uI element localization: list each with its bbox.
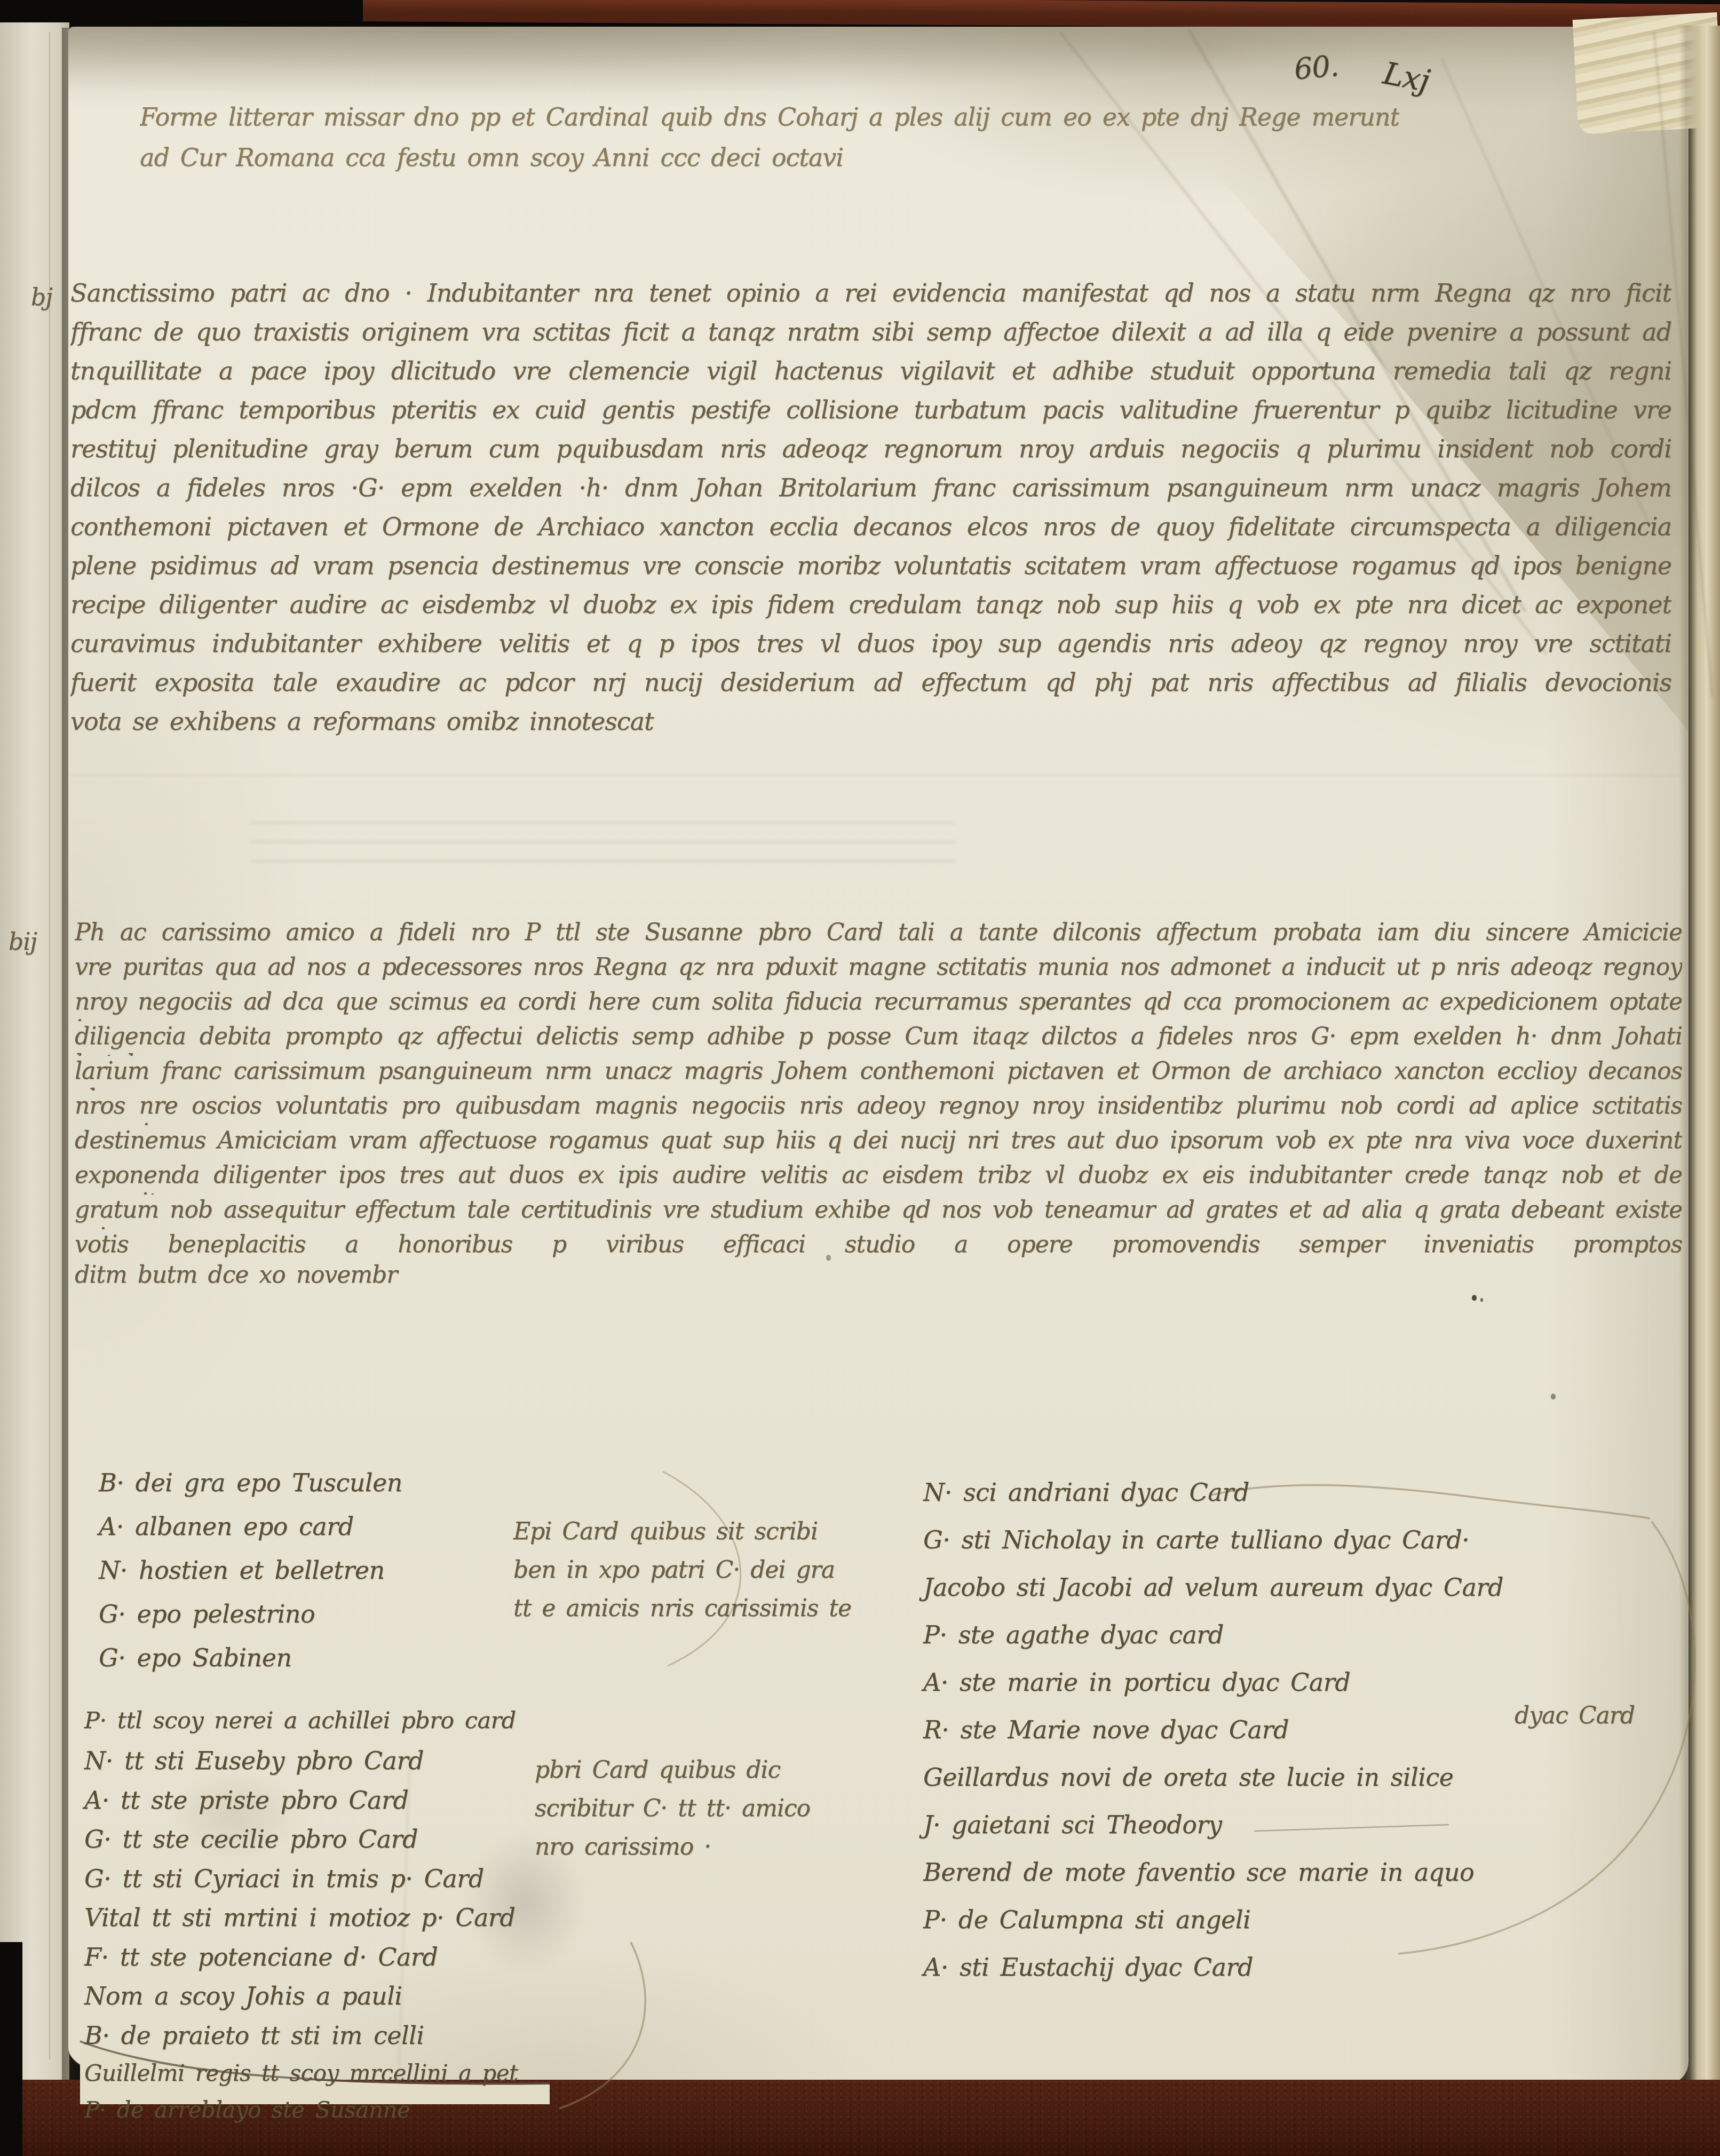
deacon-list-item: Geillardus novi de oreta ste lucie in si… bbox=[923, 1763, 1453, 1792]
bishop-list-item: G· epo Sabinen bbox=[99, 1643, 292, 1672]
priest-list-item: B· de praieto tt sti im celli bbox=[84, 2021, 424, 2050]
bishop-list-item: N· hostien et belletren bbox=[99, 1556, 385, 1585]
letter2-line: gratum nob assequitur effectum tale cert… bbox=[75, 1196, 1682, 1229]
priest-list-item: G· tt sti Cyriaci in tmis p· Card bbox=[84, 1864, 484, 1893]
note-priests-line: scribitur C· tt tt· amico bbox=[535, 1795, 810, 1822]
note-bishops-line: Epi Card quibus sit scribi bbox=[513, 1518, 818, 1545]
letter2-line: vre puritas qua ad nos a pdecessores nro… bbox=[75, 953, 1682, 986]
letter1-line: plene psidimus ad vram psencia destinemu… bbox=[70, 551, 1671, 584]
letter2-line: exponenda diligenter ipos tres aut duos … bbox=[75, 1161, 1682, 1195]
priest-list-item: G· tt ste cecilie pbro Card bbox=[84, 1825, 418, 1853]
letter1-line: ffranc de quo traxistis originem vra sct… bbox=[70, 317, 1671, 351]
deacon-list-item: J· gaietani sci Theodory bbox=[923, 1810, 1222, 1839]
priest-list-item: Guillelmi regis tt scoy mrcellini a pet bbox=[84, 2060, 518, 2086]
deacon-list-item: Berend de mote faventio sce marie in aqu… bbox=[923, 1858, 1474, 1887]
deacon-list-item: A· sti Eustachij dyac Card bbox=[923, 1953, 1253, 1982]
deacon-list-item: G· sti Nicholay in carte tulliano dyac C… bbox=[923, 1525, 1469, 1554]
manuscript-scan: 60. Lxj Forme litterar missar dno pp et … bbox=[0, 0, 1720, 2156]
letter1-line: tnquillitate a pace ipoy dlicitudo vre c… bbox=[70, 356, 1671, 389]
letter1-line: dilcos a fideles nros ·G· epm exelden ·h… bbox=[70, 473, 1671, 506]
heading-line-1: Forme litterar missar dno pp et Cardinal… bbox=[140, 102, 1399, 136]
deacon-list-item: A· ste marie in porticu dyac Card bbox=[923, 1668, 1350, 1697]
priest-list-item: Nom a scoy Johis a pauli bbox=[84, 1982, 402, 2010]
priest-list-item: A· tt ste priste pbro Card bbox=[84, 1786, 408, 1815]
note-bishops-line: tt e amicis nris carissimis te bbox=[513, 1595, 851, 1622]
letter2-line: nros nre oscios voluntatis pro quibusdam… bbox=[75, 1092, 1682, 1125]
letter2-line: diligencia debita prompto qz affectui de… bbox=[75, 1023, 1682, 1056]
priest-list-item: Vital tt sti mrtini i motioz p· Card bbox=[84, 1903, 515, 1932]
letter1-line: recipe diligenter audire ac eisdembz vl … bbox=[70, 590, 1671, 623]
deacon-list-item: R· ste Marie nove dyac Card bbox=[923, 1715, 1289, 1744]
letter1-line: curavimus indubitanter exhibere velitis … bbox=[70, 629, 1671, 662]
note-priests-line: nro carissimo · bbox=[535, 1833, 711, 1860]
deacon-list-item: N· sci andriani dyac Card bbox=[923, 1478, 1249, 1507]
deacon-list-item: Jacobo sti Jacobi ad velum aureum dyac C… bbox=[923, 1573, 1503, 1602]
margin-mark-letter2: bij bbox=[9, 928, 37, 956]
priest-list-item: P· ttl scoy nerei a achillei pbro card bbox=[84, 1707, 516, 1734]
deacon-list-item: P· de Calumpna sti angeli bbox=[923, 1905, 1250, 1934]
priest-list-item: F· tt ste potenciane d· Card bbox=[84, 1943, 438, 1971]
folio-number-arabic: 60. bbox=[1293, 49, 1339, 86]
letter1-line: conthemoni pictaven et Ormone de Archiac… bbox=[70, 512, 1671, 545]
letter1-line: vota se exhibens a reformans omibz innot… bbox=[70, 707, 1671, 736]
letter2-line: destinemus Amiciciam vram affectuose rog… bbox=[75, 1127, 1682, 1160]
bishop-list-item: G· epo pelestrino bbox=[99, 1600, 315, 1628]
priest-list-item: N· tt sti Euseby pbro Card bbox=[84, 1746, 424, 1775]
margin-mark-letter1: bj bbox=[31, 284, 52, 311]
bishop-list-item: B· dei gra epo Tusculen bbox=[99, 1468, 402, 1497]
letter2-line: Ph ac carissimo amico a fideli nro P ttl… bbox=[75, 919, 1682, 952]
margin-annotation: dyac Card bbox=[1515, 1702, 1635, 1729]
deacon-list-item: P· ste agathe dyac card bbox=[923, 1620, 1224, 1649]
letter2-line: nroy negociis ad dca que scimus ea cordi… bbox=[75, 988, 1682, 1021]
letter1-line: restituj plenitudine gray berum cum pqui… bbox=[70, 434, 1671, 467]
letter2-line: larium franc carissimum psanguineum nrm … bbox=[75, 1057, 1682, 1091]
letter2-line: votis beneplacitis a honoribus p viribus… bbox=[75, 1231, 1682, 1264]
letter1-line: fuerit exposita tale exaudire ac pdcor n… bbox=[70, 668, 1671, 701]
letter1-line: pdcm ffranc temporibus pteritis ex cuid … bbox=[70, 395, 1671, 428]
note-bishops-line: ben in xpo patri C· dei gra bbox=[513, 1556, 835, 1584]
bishop-list-item: A· albanen epo card bbox=[99, 1512, 354, 1541]
letter1-line: Sanctissimo patri ac dno · Indubitanter … bbox=[70, 279, 1671, 312]
heading-line-2: ad Cur Romana cca festu omn scoy Anni cc… bbox=[140, 143, 843, 172]
priest-list-item: P· de arreblayo ste Susanne bbox=[84, 2097, 410, 2123]
letter2-line: ditm butm dce xo novembr bbox=[75, 1261, 1682, 1288]
note-priests-line: pbri Card quibus dic bbox=[535, 1756, 780, 1784]
